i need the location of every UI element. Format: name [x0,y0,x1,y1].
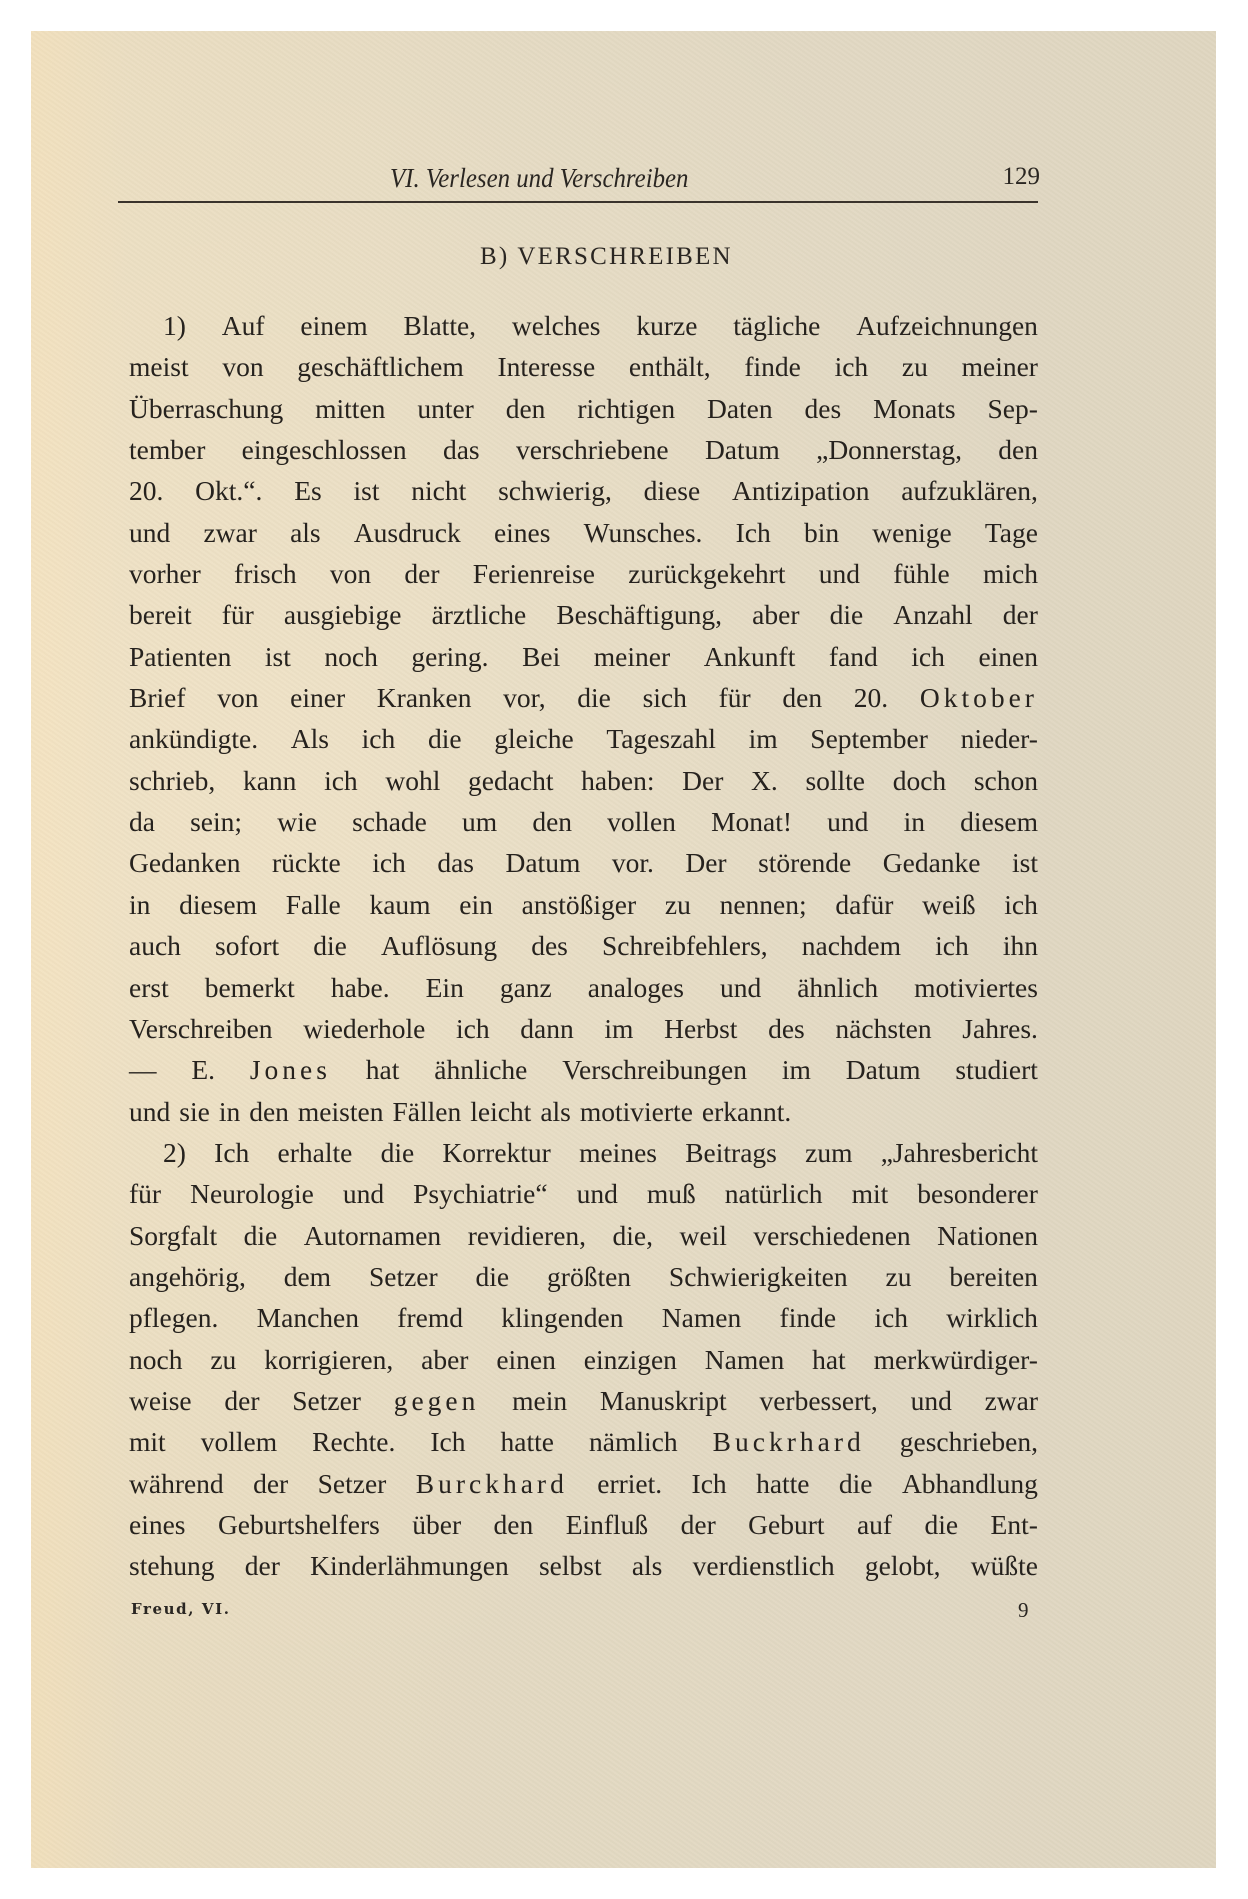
text-line: stehungderKinderlähmungenselbstalsverdie… [129,1545,1038,1586]
footer-sheet-number: 9 [1018,1598,1029,1623]
word: besonderer [917,1173,1038,1214]
word: pflegen. [129,1297,218,1338]
word: und [819,553,860,594]
text-line: pflegen.ManchenfremdklingendenNamenfinde… [129,1297,1038,1338]
word: zu [886,1256,912,1297]
word: Manuskript [600,1380,727,1421]
word: Jones [250,1049,331,1090]
word: noch [129,1339,182,1380]
word: motiviertes [914,967,1038,1008]
word: angehörig, [129,1256,246,1297]
word: der [253,1463,288,1504]
word: X. [751,760,778,801]
word: bereiten [949,1256,1038,1297]
text-line: 2)IcherhaltedieKorrekturmeinesBeitragszu… [129,1132,1038,1173]
word: mich [983,553,1038,594]
word: mit [852,1173,889,1214]
word: eines [129,1504,186,1545]
word: — [129,1049,157,1090]
section-title: B) VERSCHREIBEN [480,243,780,271]
word: im [604,1008,633,1049]
word: Überraschung [129,388,283,429]
word: in [904,801,925,842]
word: gegen [394,1380,480,1421]
word: der [1003,594,1038,635]
word: vor. [612,842,654,883]
word: haben: [581,760,654,801]
word: ihn [1003,925,1038,966]
word: Datum [705,429,780,470]
word: Sorgfalt [129,1215,217,1256]
word: erst [129,967,169,1008]
word: im [749,718,778,759]
word: Namen [705,1339,784,1380]
word: als [290,512,321,553]
word: Beitrags [685,1132,777,1173]
word: wüßte [971,1545,1038,1586]
word: einem [300,305,367,346]
word: nennen; [720,884,807,925]
word: weil [680,1215,727,1256]
word: anstößiger [522,884,637,925]
word: Datum [846,1049,921,1090]
word: Ankunft [704,636,796,677]
word: sollte [805,760,865,801]
word: Tageszahl [606,718,716,759]
word: den [249,1091,289,1132]
word: motivierte [580,1091,693,1132]
text-line: erstbemerkthabe.Einganzanalogesundähnlic… [129,967,1038,1008]
word: für [129,1173,161,1214]
word: Verschreiben [129,1008,273,1049]
word: Interesse [497,346,595,387]
word: da [129,801,155,842]
word: das [437,842,474,883]
word: korrigieren, [264,1339,393,1380]
word: einer [290,677,345,718]
word: tägliche [733,305,820,346]
word: meist [129,346,189,387]
word: September [810,718,928,759]
word: Aufzeichnungen [856,305,1038,346]
word: vorher [129,553,201,594]
word: nieder- [961,718,1038,759]
text-line: 1)AufeinemBlatte,welcheskurzetäglicheAuf… [129,305,1038,346]
text-line: vorherfrischvonderFerienreisezurückgekeh… [129,553,1038,594]
word: wie [277,801,317,842]
word: mitten [315,388,385,429]
word: nicht [411,470,466,511]
word: Nationen [937,1215,1038,1256]
word: von [217,677,258,718]
word: Sep- [987,388,1037,429]
word: verschiedenen [753,1215,910,1256]
word: 20. [129,470,163,511]
word: Der [685,842,726,883]
word: dann [520,1008,573,1049]
word: zu [665,884,691,925]
word: kurze [636,305,697,346]
word: geschrieben, [900,1421,1038,1462]
word: Antizipation [732,470,869,511]
text-line: währendderSetzerBurckharderriet.Ichhatte… [129,1463,1038,1504]
word: und [827,801,868,842]
text-line: fürNeurologieundPsychiatrie“undmußnatürl… [129,1173,1038,1214]
word: klingenden [501,1297,623,1338]
word: sie [179,1091,210,1132]
word: doch [893,760,946,801]
word: Geburt [748,1504,824,1545]
word: zu [902,346,928,387]
word: aber [421,1339,468,1380]
word: unter [417,388,474,429]
word: des [805,388,842,429]
word: Rechte. [312,1421,395,1462]
word: Anzahl [893,594,972,635]
word: die [830,594,864,635]
word: auf [857,1504,892,1545]
word: ist [1012,842,1038,883]
word: aufzuklären, [901,470,1038,511]
word: schade [352,801,427,842]
word: Psychiatrie“ [413,1173,547,1214]
word: Daten [707,388,773,429]
word: fremd [397,1297,463,1338]
word: analoges [588,967,684,1008]
word: der [224,1380,259,1421]
word: die [476,1256,510,1297]
word: zwar [985,1380,1038,1421]
word: hatte [501,1421,554,1462]
text-line: nochzukorrigieren,abereineneinzigenNamen… [129,1339,1038,1380]
word: während [129,1463,224,1504]
word: hatte [756,1463,809,1504]
word: als [632,1545,663,1586]
word: Ein [426,967,464,1008]
word: Jahres. [962,1008,1038,1049]
word: geschäftlichem [297,346,463,387]
word: Ich [736,512,771,553]
word: ich [1004,884,1038,925]
word: ein [459,884,493,925]
text-line: SorgfaltdieAutornamenrevidieren,die,weil… [129,1215,1038,1256]
word: meiner [962,346,1038,387]
word: Namen [662,1297,741,1338]
word: von [222,346,263,387]
word: hat [812,1339,846,1380]
text-line: weisederSetzergegenmeinManuskriptverbess… [129,1380,1038,1421]
word: erkannt. [702,1091,791,1132]
word: habe. [331,967,390,1008]
running-head: VI. Verlesen und Verschreiben [390,163,740,194]
word: Ent- [991,1504,1038,1545]
word: Auflösung [381,925,497,966]
word: verschriebene [516,429,669,470]
word: der [245,1545,280,1586]
header-rule [118,201,1038,203]
word: das [443,429,480,470]
word: verdienstlich [693,1545,835,1586]
word: auch [129,925,181,966]
word: und [720,967,761,1008]
word: in [129,884,150,925]
word: bemerkt [205,967,295,1008]
word: Beschäftigung, [556,594,722,635]
word: 2) [163,1132,186,1173]
text-line: mitvollemRechte.IchhattenämlichBuckrhard… [129,1421,1038,1462]
word: schon [974,760,1038,801]
word: weise [129,1380,192,1421]
word: zu [210,1339,236,1380]
word: ich [324,760,358,801]
word: Falle [286,884,341,925]
footer-signature: Freud, VI. [131,1600,231,1618]
word: Ich [692,1463,727,1504]
text-line: BriefvoneinerKrankenvor,diesichfürden20.… [129,677,1038,718]
word: Buckrhard [713,1421,865,1462]
word: Gedanken [129,842,240,883]
word: hat [366,1049,400,1090]
word: Burckhard [416,1463,568,1504]
text-line: undsieindenmeistenFällenleichtalsmotivie… [129,1091,1038,1132]
word: ich [835,346,869,387]
word: ich [362,718,396,759]
word: Fällen [392,1091,461,1132]
word: für [719,677,751,718]
word: die [577,677,611,718]
word: zum [805,1132,852,1173]
word: schrieb, [129,760,215,801]
word: ich [372,842,406,883]
word: frisch [234,553,297,594]
word: schwierig, [498,470,612,511]
word: den [506,388,546,429]
word: die [313,925,347,966]
word: ähnliche [434,1049,527,1090]
word: Datum [505,842,580,883]
word: und [577,1173,618,1214]
word: bin [804,512,839,553]
text-line: ÜberraschungmittenunterdenrichtigenDaten… [129,388,1038,429]
word: störende [758,842,851,883]
word: Bei [522,636,560,677]
word: wohl [385,760,440,801]
word: Neurologie [190,1173,314,1214]
word: wiederhole [303,1008,425,1049]
word: Monat! [711,801,792,842]
word: Ich [430,1421,465,1462]
word: Tage [985,512,1038,553]
word: noch [324,636,377,677]
word: gleiche [494,718,573,759]
word: Abhandlung [902,1463,1038,1504]
word: ist [353,470,379,511]
text-line: bereitfürausgiebigeärztlicheBeschäftigun… [129,594,1038,635]
word: E. [191,1049,215,1090]
word: revidieren, [468,1215,586,1256]
word: Als [291,718,329,759]
word: Ausdruck [354,512,461,553]
word: Geburtshelfers [218,1504,380,1545]
word: muß [647,1173,696,1214]
word: die [428,718,462,759]
word: rückte [272,842,341,883]
word: gedacht [468,760,554,801]
word: einen [496,1339,556,1380]
word: die [925,1504,959,1545]
word: ich [911,636,945,677]
text-line: undzwaralsAusdruckeinesWunsches.Ichbinwe… [129,512,1038,553]
word: für [222,594,254,635]
word: Autornamen [304,1215,441,1256]
word: Wunsches. [584,512,703,553]
word: weiß [922,884,975,925]
word: Ferienreise [473,553,595,594]
word: Kinderlähmungen [310,1545,509,1586]
word: diesem [179,884,257,925]
word: Setzer [318,1463,387,1504]
word: Korrektur [442,1132,550,1173]
word: Setzer [292,1380,361,1421]
word: ist [265,636,291,677]
word: „Jahresbericht [881,1132,1038,1173]
word: 20. [854,677,888,718]
word: und [129,1091,170,1132]
word: nämlich [589,1421,678,1462]
text-line: GedankenrückteichdasDatumvor.Derstörende… [129,842,1038,883]
word: kaum [369,884,430,925]
word: selbst [539,1545,602,1586]
word: ärztliche [432,594,527,635]
text-line: 20.Okt.“.Esistnichtschwierig,dieseAntizi… [129,470,1038,511]
word: ähnlich [797,967,878,1008]
page-number: 129 [995,163,1040,191]
word: über [412,1504,461,1545]
word: Schwierigkeiten [669,1256,848,1297]
word: den [494,1504,534,1545]
word: die [244,1215,278,1256]
word: erhalte [278,1132,353,1173]
word: bereit [129,594,192,635]
text-line: angehörig,demSetzerdiegrößtenSchwierigke… [129,1256,1038,1297]
word: Setzer [369,1256,438,1297]
word: aber [752,594,799,635]
word: natürlich [725,1173,823,1214]
word: den [532,801,572,842]
word: kann [243,760,296,801]
word: stehung [129,1545,215,1586]
word: finde [744,346,801,387]
word: von [330,553,371,594]
word: des [768,1008,805,1049]
word: den [998,429,1038,470]
word: fand [829,636,878,677]
text-line: —E.JoneshatähnlicheVerschreibungenimDatu… [129,1049,1038,1090]
word: merkwürdiger- [874,1339,1038,1380]
word: mit [129,1421,166,1462]
word: um [462,801,497,842]
word: in [219,1091,240,1132]
word: nächsten [835,1008,931,1049]
word: 1) [163,305,186,346]
word: ankündigte. [129,718,258,759]
word: als [540,1091,571,1132]
word: des [531,925,568,966]
word: die, [613,1215,653,1256]
word: erriet. [597,1463,662,1504]
word: enthält, [629,346,711,387]
word: Verschreibungen [562,1049,747,1090]
word: gering. [411,636,488,677]
word: Ich [214,1132,249,1173]
text-line: schrieb,kannichwohlgedachthaben:DerX.sol… [129,760,1038,801]
word: Blatte, [403,305,476,346]
text-line: tembereingeschlossendasverschriebeneDatu… [129,429,1038,470]
text-line: auchsofortdieAuflösungdesSchreibfehlers,… [129,925,1038,966]
word: Einfluß [566,1504,649,1545]
word: Gedanke [883,842,981,883]
word: sofort [215,925,279,966]
word: ausgiebige [284,594,402,635]
word: Auf [222,305,265,346]
word: nachdem [802,925,901,966]
text-line: einesGeburtshelfersüberdenEinflußderGebu… [129,1504,1038,1545]
text-line: ankündigte.AlsichdiegleicheTageszahlimSe… [129,718,1038,759]
word: Der [682,760,723,801]
word: einen [978,636,1038,677]
word: Kranken [377,677,472,718]
word: mein [512,1380,567,1421]
word: Brief [129,677,186,718]
word: vor, [503,677,545,718]
word: meiner [594,636,670,677]
word: sich [643,677,687,718]
word: dafür [835,884,893,925]
word: fühle [893,553,950,594]
word: die [839,1463,873,1504]
word: Manchen [257,1297,359,1338]
text-line: dasein;wieschadeumdenvollenMonat!undindi… [129,801,1038,842]
word: und [343,1173,384,1214]
word: gelobt, [865,1545,941,1586]
word: vollem [201,1421,277,1462]
word: ganz [500,967,552,1008]
word: dem [284,1256,331,1297]
word: die [381,1132,415,1173]
word: Herbst [664,1008,737,1049]
text-line: indiesemFallekaumeinanstößigerzunennen;d… [129,884,1038,925]
word: finde [780,1297,837,1338]
word: eingeschlossen [242,429,407,470]
word: tember [129,429,205,470]
word: Okt.“. [195,470,262,511]
word: welches [512,305,601,346]
body-text: 1)AufeinemBlatte,welcheskurzetäglicheAuf… [129,305,1038,1587]
word: einzigen [584,1339,677,1380]
word: sein; [190,801,242,842]
word: eines [494,512,551,553]
word: wirklich [946,1297,1038,1338]
word: größten [547,1256,631,1297]
word: Oktober [920,677,1038,718]
word: der [404,553,439,594]
word: und [911,1380,952,1421]
word: richtigen [577,388,675,429]
text-line: meistvongeschäftlichemInteresseenthält,f… [129,346,1038,387]
word: zwar [203,512,256,553]
word: wenige [872,512,951,553]
word: vollen [607,801,676,842]
